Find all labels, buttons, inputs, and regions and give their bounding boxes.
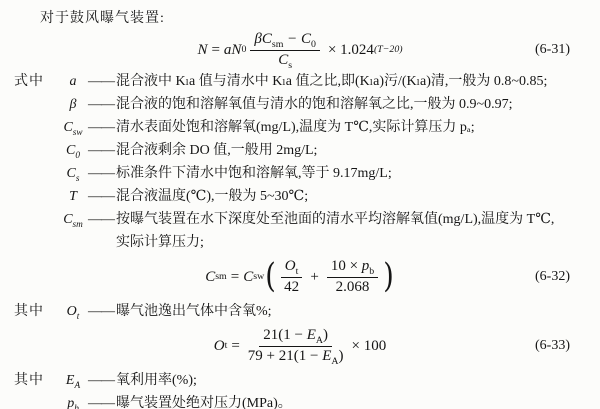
definition-text: 曝气装置处绝对压力(MPa)。 <box>116 392 586 409</box>
eq32-equals: = <box>231 269 239 286</box>
definition-t: T——混合液温度(℃),一般为 5~30℃; <box>14 185 586 208</box>
symbol-base: C <box>63 212 72 227</box>
definition-text: 混合液的饱和溶解氧值与清水的饱和溶解氧之比,一般为 0.9~0.97; <box>116 93 586 116</box>
equation-6-32: Csm=Csw(Ot42+10 × pb2.068) <box>205 258 395 296</box>
eq33-num-pre: 21(1 − <box>263 327 306 343</box>
definition-ea: 其中EA——氧利用率(%); <box>14 369 586 392</box>
symbol-base: T <box>69 189 77 204</box>
eq32-lhs: C <box>205 269 215 286</box>
symbol-t: T <box>58 185 88 208</box>
equation-6-33: Ot=21(1 − EA)79 + 21(1 − EA)× 100 <box>214 327 387 365</box>
symbol-base: β <box>70 97 77 112</box>
eq31-num-term1-sub: sm <box>272 39 284 50</box>
eq32-frac2-num-sub: b <box>369 266 374 277</box>
em-dash: —— <box>88 185 114 208</box>
eq33-numerator: 21(1 − EA) <box>259 327 332 347</box>
definition-lead: 其中 <box>14 300 58 323</box>
definition-text: 曝气池逸出气体中含氧%; <box>116 300 586 323</box>
eq32-fraction-1: Ot42 <box>281 258 303 296</box>
symbol-c0: C0 <box>58 139 88 162</box>
definition-c0: C0——混合液剩余 DO 值,一般用 2mg/L; <box>14 139 586 162</box>
eq32-frac1-den: 42 <box>284 278 299 297</box>
symbol-ot: Ot <box>58 300 88 323</box>
equation-6-33-number: (6-33) <box>535 338 570 354</box>
equation-6-33-row: Ot=21(1 − EA)79 + 21(1 − EA)× 100 (6-33) <box>14 323 586 369</box>
em-dash: —— <box>88 162 114 185</box>
symbol-sub: A <box>74 380 80 390</box>
equation-6-31-row: N=aN0βCsm − C0Cs× 1.024(T−20) (6-31) <box>14 30 586 70</box>
eq32-plus: + <box>310 269 318 286</box>
eq33-lhs: O <box>214 338 225 355</box>
eq32-frac2-den: 2.068 <box>336 278 370 297</box>
definition-text: 混合液温度(℃),一般为 5~30℃; <box>116 185 586 208</box>
definition-beta: β——混合液的饱和溶解氧值与清水的饱和溶解氧之比,一般为 0.9~0.97; <box>14 93 586 116</box>
eq33-num-var: E <box>307 327 316 343</box>
definition-text: 混合液剩余 DO 值,一般用 2mg/L; <box>116 139 586 162</box>
definition-lead: 其中 <box>14 369 58 392</box>
eq31-coefficient: aN <box>224 42 242 59</box>
eq33-denominator: 79 + 21(1 − EA) <box>248 347 344 366</box>
em-dash: —— <box>88 93 114 116</box>
symbol-sub: sw <box>73 127 83 137</box>
eq33-equals: = <box>231 338 239 355</box>
equation-6-32-number: (6-32) <box>535 269 570 285</box>
eq31-numerator: βCsm − C0 <box>250 31 320 51</box>
eq32-frac1-num: Ot <box>281 258 303 278</box>
equation-6-31: N=aN0βCsm − C0Cs× 1.024(T−20) <box>197 31 402 69</box>
document-page: 对于鼓风曝气装置: N=aN0βCsm − C0Cs× 1.024(T−20) … <box>0 0 600 409</box>
definition-text: 按曝气装置在水下深度处至池面的清水平均溶解氧值(mg/L),温度为 T℃,实际计… <box>116 208 586 254</box>
eq31-equals: = <box>211 42 219 59</box>
symbol-sub: 0 <box>75 150 80 160</box>
eq31-denominator: Cs <box>278 51 292 70</box>
symbol-base: C <box>63 120 72 135</box>
symbol-csm: Csm <box>58 208 88 231</box>
symbol-a: a <box>58 70 88 93</box>
definition-text: 清水表面处饱和溶解氧(mg/L),温度为 T℃,实际计算压力 pₐ; <box>116 116 586 139</box>
right-paren: ) <box>383 262 394 292</box>
symbol-sub: sm <box>73 219 83 229</box>
definition-pb: pb——曝气装置处绝对压力(MPa)。 <box>14 392 586 409</box>
eq33-den-post: ) <box>339 348 344 364</box>
symbol-csw: Csw <box>58 116 88 139</box>
em-dash: —— <box>88 70 114 93</box>
em-dash: —— <box>88 208 114 231</box>
eq33-den-pre: 79 + 21(1 − <box>248 348 322 364</box>
definition-alpha: 式中a——混合液中 Kₗa 值与清水中 Kₗa 值之比,即(Kₗa)污/(Kₗa… <box>14 70 586 93</box>
eq33-factor: × 100 <box>352 338 387 355</box>
eq31-num-term2-sub: 0 <box>311 39 316 50</box>
eq32-frac2-num-pre: 10 × <box>331 258 362 274</box>
symbol-cs: Cs <box>58 162 88 185</box>
symbol-sub: b <box>74 403 79 409</box>
symbol-base: C <box>67 166 76 181</box>
em-dash: —— <box>88 300 114 323</box>
equation-6-31-number: (6-31) <box>535 42 570 58</box>
eq31-den-term-sub: s <box>288 60 292 71</box>
eq32-frac1-num-sub: t <box>296 266 299 277</box>
symbol-base: O <box>67 304 77 319</box>
eq32-rhs: C <box>243 269 253 286</box>
eq33-num-sub: A <box>316 335 323 346</box>
eq31-factor: × 1.024 <box>328 42 374 59</box>
definition-lead: 式中 <box>14 70 58 93</box>
symbol-sub: s <box>76 173 80 183</box>
symbol-base: C <box>66 143 75 158</box>
symbol-base: a <box>70 74 77 89</box>
equation-6-32-row: Csm=Csw(Ot42+10 × pb2.068) (6-32) <box>14 254 586 300</box>
eq33-den-var: E <box>322 348 331 364</box>
eq31-fraction: βCsm − C0Cs <box>250 31 320 69</box>
eq31-lhs: N <box>197 42 207 59</box>
definition-text: 氧利用率(%); <box>116 369 586 392</box>
eq33-fraction: 21(1 − EA)79 + 21(1 − EA) <box>248 327 344 365</box>
eq32-frac2-num: 10 × pb <box>327 258 378 278</box>
em-dash: —— <box>88 116 114 139</box>
definition-text-line1: 按曝气装置在水下深度处至池面的清水平均溶解氧值(mg/L),温度为 T℃, <box>116 212 554 227</box>
eq33-den-sub: A <box>331 356 338 367</box>
eq31-num-term1: βC <box>254 31 271 47</box>
definition-cs: Cs——标准条件下清水中饱和溶解氧,等于 9.17mg/L; <box>14 162 586 185</box>
em-dash: —— <box>88 139 114 162</box>
left-paren: ( <box>265 262 276 292</box>
definition-ot: 其中Ot——曝气池逸出气体中含氧%; <box>14 300 586 323</box>
eq32-fraction-2: 10 × pb2.068 <box>327 258 378 296</box>
definition-csw: Csw——清水表面处饱和溶解氧(mg/L),温度为 T℃,实际计算压力 pₐ; <box>14 116 586 139</box>
em-dash: —— <box>88 392 114 409</box>
symbol-ea: EA <box>58 369 88 392</box>
eq31-num-term2: − C <box>283 31 311 47</box>
eq32-frac1-num-var: O <box>285 258 296 274</box>
em-dash: —— <box>88 369 114 392</box>
symbol-sub: t <box>77 311 80 321</box>
eq33-num-post: ) <box>323 327 328 343</box>
definition-csm: Csm——按曝气装置在水下深度处至池面的清水平均溶解氧值(mg/L),温度为 T… <box>14 208 586 254</box>
intro-line: 对于鼓风曝气装置: <box>40 8 586 30</box>
definition-text: 混合液中 Kₗa 值与清水中 Kₗa 值之比,即(Kₗa)污/(Kₗa)清,一般… <box>116 70 586 93</box>
definition-text-line2: 实际计算压力; <box>116 231 586 254</box>
symbol-beta: β <box>58 93 88 116</box>
symbol-pb: pb <box>58 392 88 409</box>
definition-text: 标准条件下清水中饱和溶解氧,等于 9.17mg/L; <box>116 162 586 185</box>
eq31-den-term: C <box>278 52 288 68</box>
